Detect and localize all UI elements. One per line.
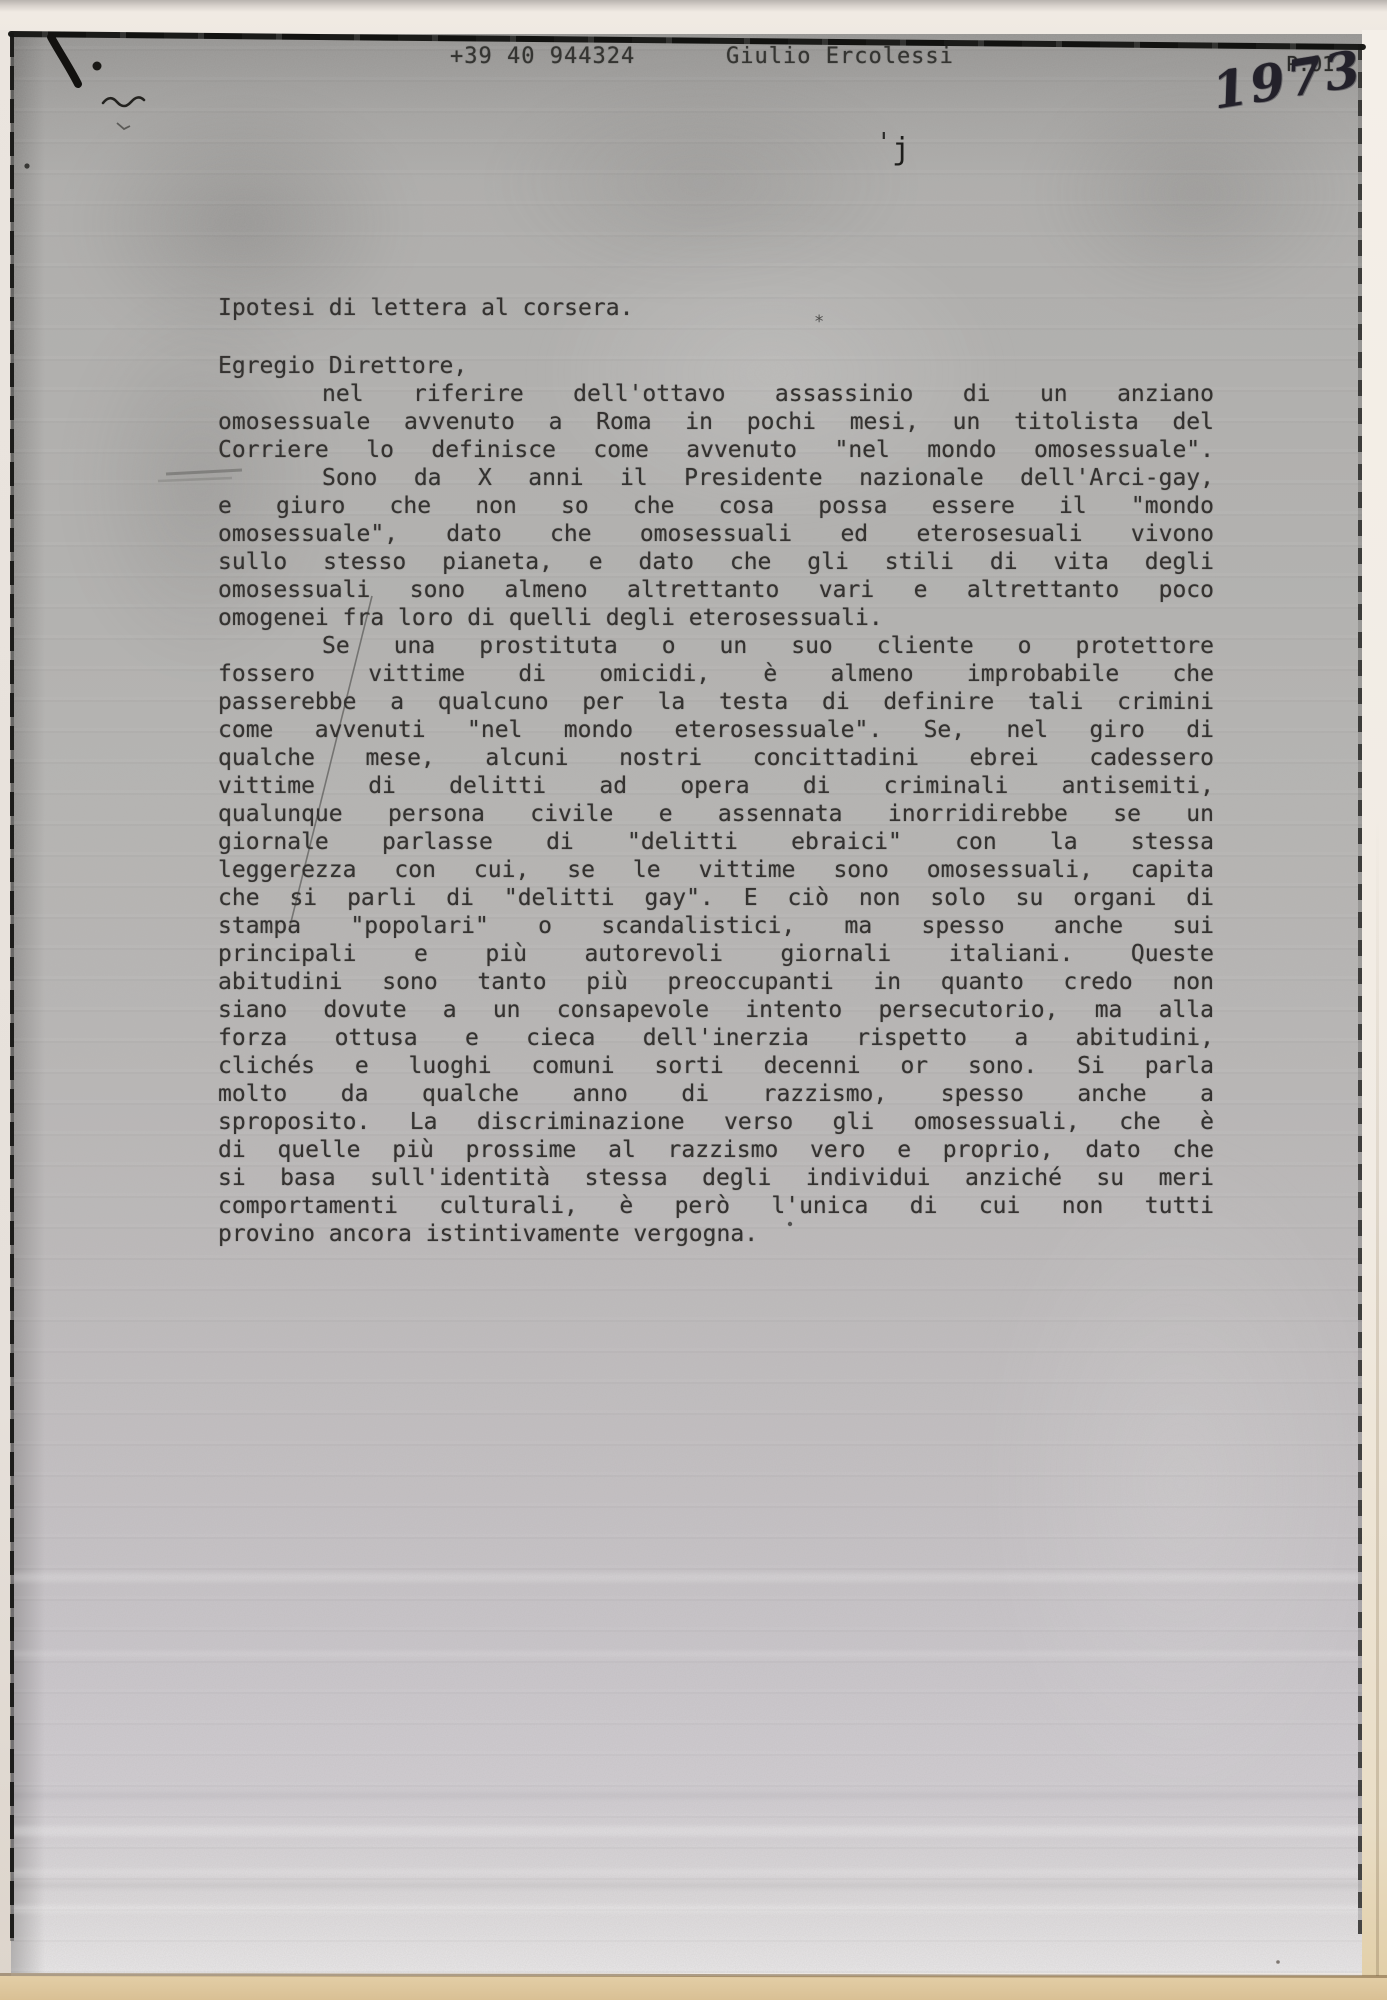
text-line: e giuro che non so che cosa possa essere… [218,492,1214,520]
text-line: molto da qualche anno di razzismo, spess… [218,1080,1214,1108]
text-line: sproposito. La discriminazione verso gli… [218,1108,1214,1136]
text-line: leggerezza con cui, se le vittime sono o… [218,856,1214,884]
text-line: siano dovute a un consapevole intento pe… [218,996,1214,1024]
text-line: fossero vittime di omicidi, è almeno imp… [218,660,1214,688]
text-line: provino ancora istintivamente vergogna. [218,1220,1214,1248]
text-line: passerebbe a qualcuno per la testa di de… [218,688,1214,716]
text-line: omosessuale", dato che omosessuali ed et… [218,520,1214,548]
scanner-margin-right [1362,30,1387,1980]
photocopy-border-left [10,33,14,1941]
stray-apostrophe-mark: ' [876,128,892,158]
text-line: clichés e luoghi comuni sorti decenni or… [218,1052,1214,1080]
fax-header-phone: +39 40 944324 [450,44,635,69]
text-line: vittime di delitti ad opera di criminali… [218,772,1214,800]
text-line: che si parli di "delitti gay". E ciò non… [218,884,1214,912]
paragraph-3: Se una prostituta o un suo cliente o pro… [218,632,1214,1248]
text-line: giornale parlasse di "delitti ebraici" c… [218,828,1214,856]
letter-salutation: Egregio Direttore, [218,352,1214,380]
scanner-streak [11,1883,1362,1888]
scanner-bed-edge [0,1976,1387,2000]
scanner-streak [11,1905,1362,1913]
text-line: stampa "popolari" o scandalistici, ma sp… [218,912,1214,940]
text-line: sullo stesso pianeta, e dato che gli sti… [218,548,1214,576]
scanner-margin-top [0,0,1387,34]
scanner-streak [11,1826,1362,1836]
text-line: principali e più autorevoli giornali ita… [218,940,1214,968]
text-line: di quelle più prossime al razzismo vero … [218,1136,1214,1164]
scanner-streak [11,1573,1362,1582]
text-line: Corriere lo definisce come avvenuto "nel… [218,436,1214,464]
text-line: nel riferire dell'ottavo assassinio di u… [218,380,1214,408]
text-line: comportamenti culturali, è però l'unica … [218,1192,1214,1220]
title-line: Ipotesi di lettera al corsera. [218,294,1214,322]
text-line: forza ottusa e cieca dell'inerzia rispet… [218,1024,1214,1052]
photocopy-border-right [1358,44,1362,1934]
text-line: Se una prostituta o un suo cliente o pro… [218,632,1214,660]
paragraph-1: nel riferire dell'ottavo assassinio di u… [218,380,1214,464]
scanner-streak [11,1793,1362,1798]
text-line: abitudini sono tanto più preoccupanti in… [218,968,1214,996]
scanned-fax-page: +39 40 944324 Giulio Ercolessi P.01 1973… [0,0,1387,2000]
letter-title: Ipotesi di lettera al corsera. [218,294,1214,322]
scanner-streak [11,1651,1362,1657]
text-line: si basa sull'identità stessa degli indiv… [218,1164,1214,1192]
paragraph-2: Sono da X anni il Presidente nazionale d… [218,464,1214,632]
text-line: qualunque persona civile e assennata ino… [218,800,1214,828]
text-line: come avvenuti "nel mondo eterosessuale".… [218,716,1214,744]
text-line: Sono da X anni il Presidente nazionale d… [218,464,1214,492]
text-line: omogenei fra loro di quelli degli eteros… [218,604,1214,632]
salutation-line: Egregio Direttore, [218,352,1214,380]
stray-character-j: j [892,132,910,167]
text-line: omosessuali sono almeno altrettanto vari… [218,576,1214,604]
text-line: qualche mese, alcuni nostri concittadini… [218,744,1214,772]
scanner-streak [11,1869,1362,1875]
text-line: omosessuale avvenuto a Roma in pochi mes… [218,408,1214,436]
fax-header-sender: Giulio Ercolessi [726,44,954,69]
